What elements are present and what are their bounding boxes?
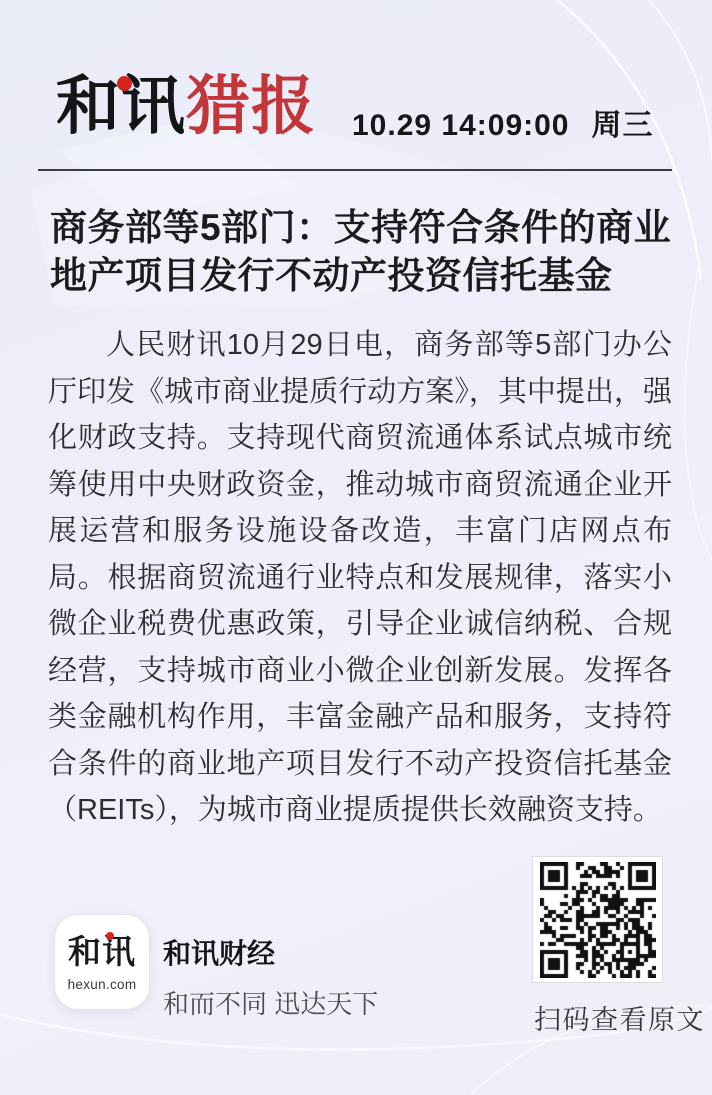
hexun-app-icon: 和讯 hexun.com [54,914,150,1010]
qr-code [540,862,656,978]
publish-datetime: 10.29 14:09:00周三 [352,100,654,144]
qr-code-panel [532,856,663,983]
hexun-icon-domain: hexun.com [55,977,149,992]
brand-logo: 和讯猎报 [56,74,316,138]
headline-line-2: 地产项目发行不动产投资信托基金 [50,252,678,300]
brand-logo-red-dot-icon [117,76,132,91]
qr-caption: 扫码查看原文 [534,998,705,1037]
hexun-icon-wordmark: 和讯 [55,935,149,968]
publish-date-time-text: 10.29 14:09:00 [352,109,570,142]
brand-logo-red-text: 猎报 [186,70,316,142]
hexun-icon-red-dot-icon [106,932,114,940]
article-headline: 商务部等5部门：支持符合条件的商业 地产项目发行不动产投资信托基金 [50,204,678,300]
article-body: 人民财讯10月29日电，商务部等5部门办公厅印发《城市商业提质行动方案》，其中提… [48,322,672,834]
news-card: 和讯猎报 10.29 14:09:00周三 商务部等5部门：支持符合条件的商业 … [0,0,712,1095]
account-name: 和讯财经 [163,932,275,972]
header-divider [38,169,672,171]
headline-line-1: 商务部等5部门：支持符合条件的商业 [50,204,678,252]
publish-weekday-text: 周三 [592,109,654,142]
account-slogan: 和而不同 迅达天下 [163,984,378,1021]
